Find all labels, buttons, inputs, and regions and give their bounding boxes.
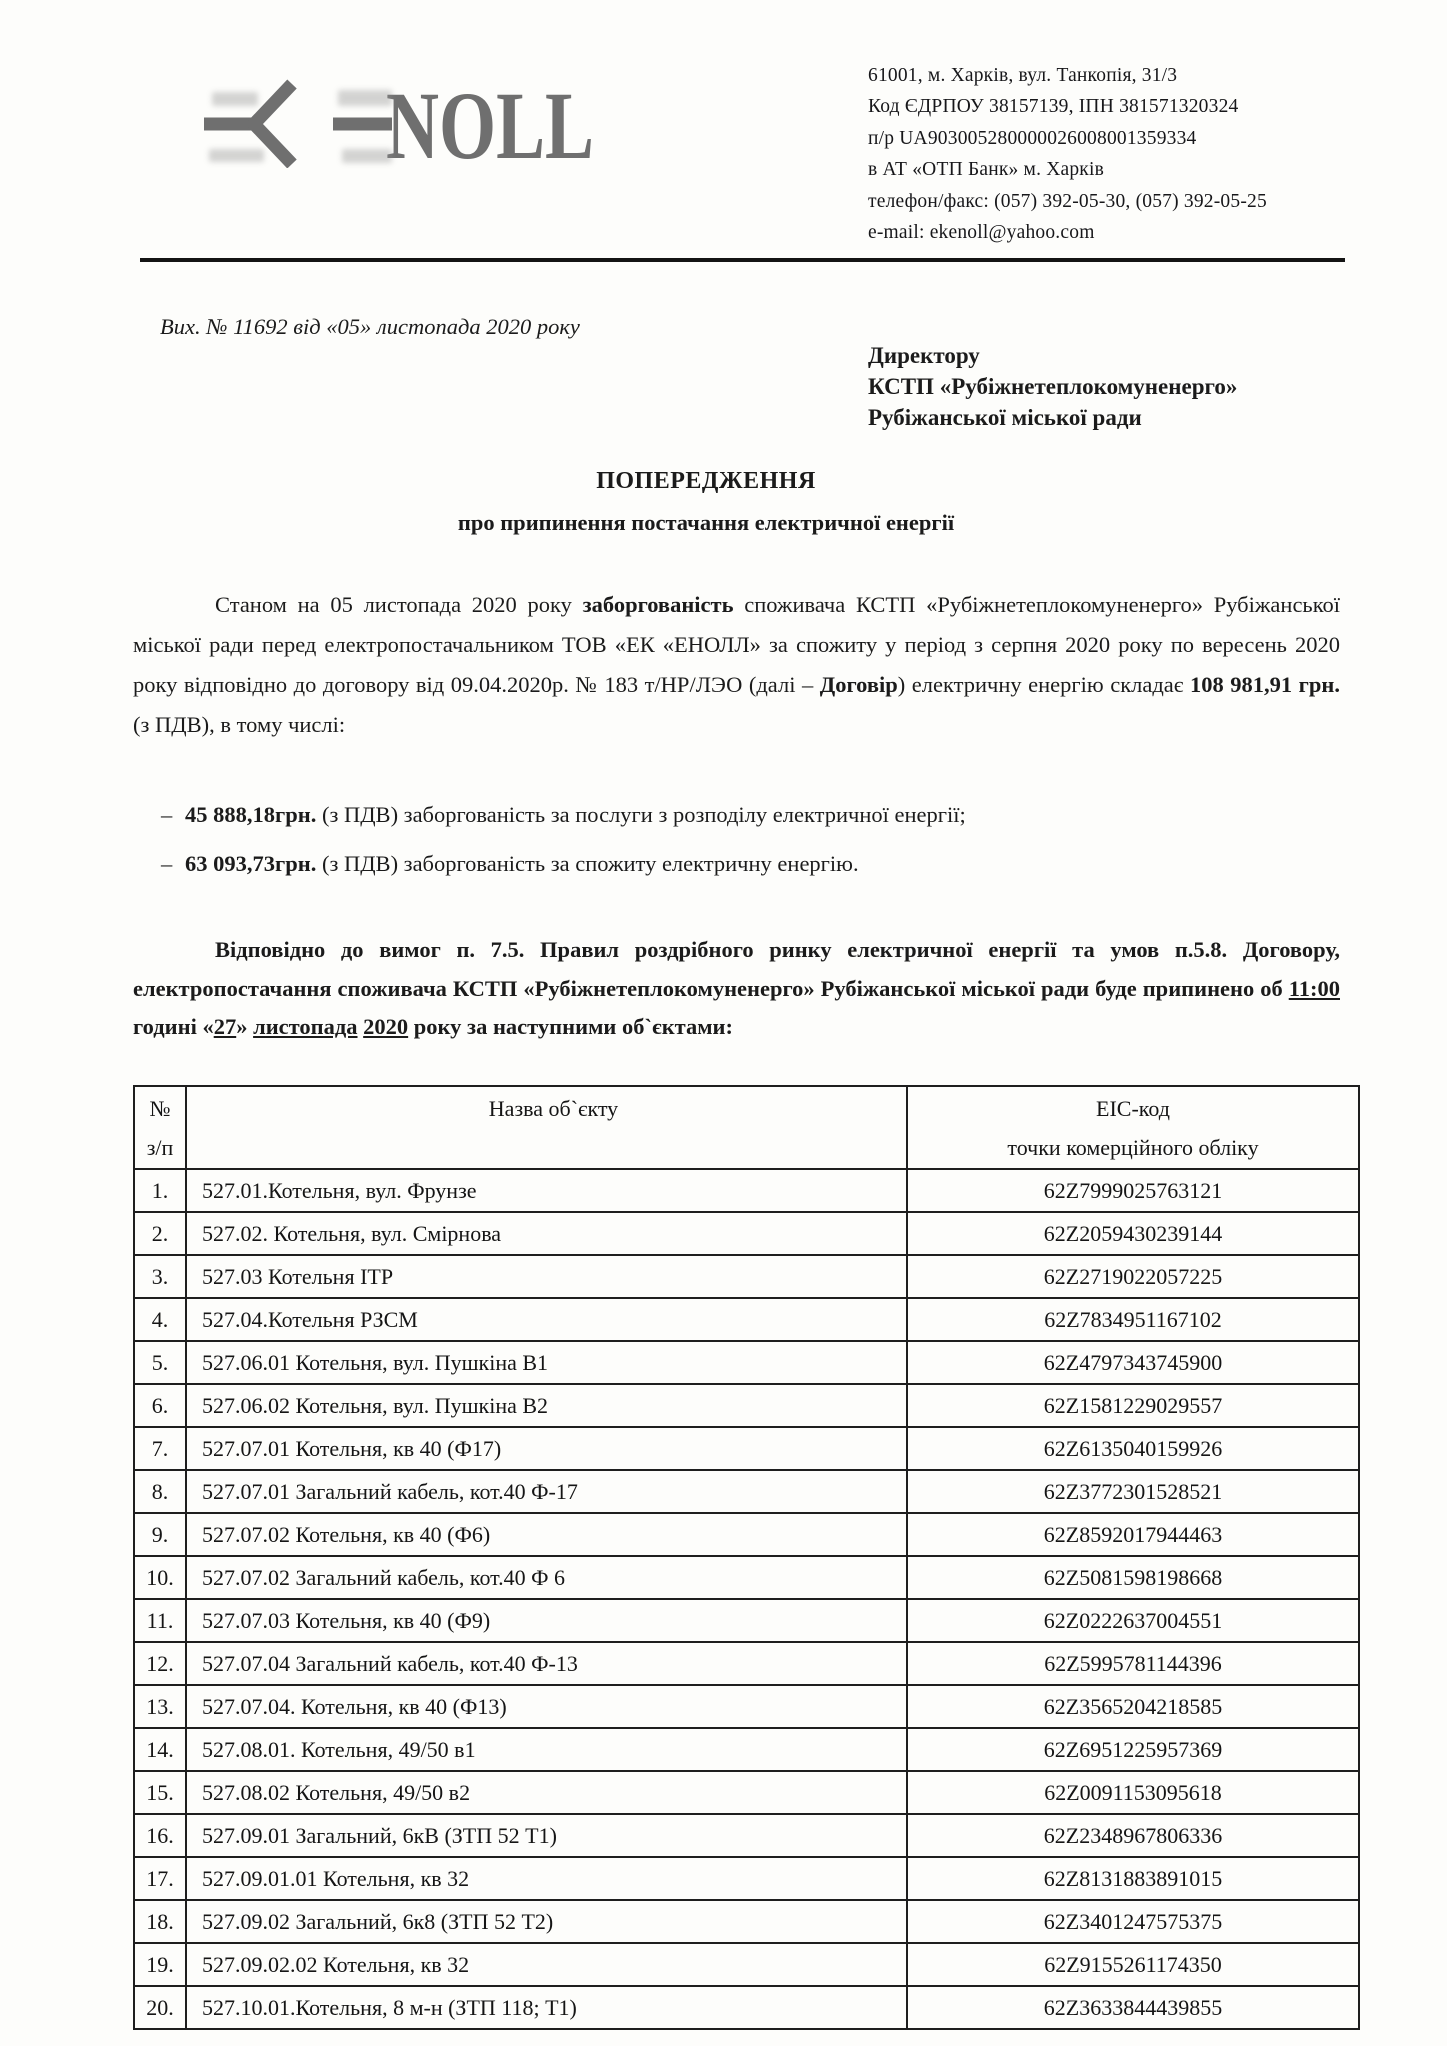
text-run: ) електричну енергію складає: [898, 672, 1190, 697]
eic-code-cell: 62Z8592017944463: [907, 1513, 1359, 1556]
logo-smudge: [342, 149, 392, 163]
row-number-cell: 10.: [134, 1556, 186, 1599]
text-run: »: [236, 1014, 253, 1039]
eic-code-cell: 62Z3565204218585: [907, 1685, 1359, 1728]
logo-smudge: [212, 92, 258, 106]
row-number-cell: 14.: [134, 1728, 186, 1771]
table-row: 3.527.03 Котельня ІТР62Z2719022057225: [134, 1255, 1359, 1298]
text-run: листопада: [253, 1014, 357, 1039]
text-run: 108 981,91 грн.: [1190, 672, 1340, 697]
row-number-cell: 20.: [134, 1986, 186, 2029]
text-run: годині «: [133, 1014, 214, 1039]
text-run: Відповідно до вимог п. 7.5. Правил роздр…: [133, 937, 1340, 1001]
table-row: 17.527.09.01.01 Котельня, кв 3262Z813188…: [134, 1857, 1359, 1900]
row-number-cell: 17.: [134, 1857, 186, 1900]
eic-code-cell: 62Z2059430239144: [907, 1212, 1359, 1255]
object-name-cell: 527.09.01 Загальний, 6кВ (ЗТП 52 Т1): [186, 1814, 907, 1857]
object-name-cell: 527.08.01. Котельня, 49/50 в1: [186, 1728, 907, 1771]
table-row: 19.527.09.02.02 Котельня, кв 3262Z915526…: [134, 1943, 1359, 1986]
contact-line: телефон/факс: (057) 392-05-30, (057) 392…: [868, 186, 1338, 217]
contact-line: п/р UA903005280000026008001359334: [868, 123, 1338, 154]
object-name-cell: 527.02. Котельня, вул. Смірнова: [186, 1212, 907, 1255]
text-run: 27: [214, 1014, 237, 1039]
recipient-line: Директору: [868, 340, 1338, 371]
document-heading: ПОПЕРЕДЖЕННЯ про припинення постачання е…: [133, 468, 1279, 536]
list-item: – 63 093,73грн. (з ПДВ) заборгованість з…: [133, 846, 1340, 882]
table-header-row: № з/п Назва об`єкту ЕІС-код точки комерц…: [134, 1086, 1359, 1169]
row-number-cell: 2.: [134, 1212, 186, 1255]
object-name-cell: 527.01.Котельня, вул. Фрунзе: [186, 1169, 907, 1212]
object-name-cell: 527.07.04. Котельня, кв 40 (Ф13): [186, 1685, 907, 1728]
eic-code-cell: 62Z2719022057225: [907, 1255, 1359, 1298]
object-name-cell: 527.09.02 Загальний, 6к8 (ЗТП 52 Т2): [186, 1900, 907, 1943]
company-contact-block: 61001, м. Харків, вул. Танкопія, 31/3Код…: [868, 60, 1338, 248]
object-name-cell: 527.07.04 Загальний кабель, кот.40 Ф-13: [186, 1642, 907, 1685]
col-name-header: Назва об`єкту: [186, 1086, 907, 1169]
logo-smudge: [209, 149, 264, 162]
col-eic-header-line1: ЕІС-код: [909, 1089, 1357, 1128]
table-row: 4.527.04.Котельня РЗСМ62Z7834951167102: [134, 1298, 1359, 1341]
list-item-text: 63 093,73грн. (з ПДВ) заборгованість за …: [185, 851, 859, 876]
eic-code-cell: 62Z1581229029557: [907, 1384, 1359, 1427]
text-run: Договір: [820, 672, 898, 697]
text-run: (з ПДВ), в тому числі:: [133, 712, 345, 737]
header-divider: [140, 258, 1345, 262]
object-name-cell: 527.07.03 Котельня, кв 40 (Ф9): [186, 1599, 907, 1642]
contact-line: 61001, м. Харків, вул. Танкопія, 31/3: [868, 60, 1338, 91]
document-page: NOLL 61001, м. Харків, вул. Танкопія, 31…: [0, 0, 1447, 2046]
table-row: 10.527.07.02 Загальний кабель, кот.40 Ф …: [134, 1556, 1359, 1599]
table-row: 8.527.07.01 Загальний кабель, кот.40 Ф-1…: [134, 1470, 1359, 1513]
col-name-header-text: Назва об`єкту: [202, 1089, 905, 1128]
text-run: (з ПДВ) заборгованість за послуги з розп…: [316, 802, 965, 827]
row-number-cell: 19.: [134, 1943, 186, 1986]
eic-code-cell: 62Z6951225957369: [907, 1728, 1359, 1771]
dash-marker: –: [161, 797, 172, 833]
object-name-cell: 527.07.02 Загальний кабель, кот.40 Ф 6: [186, 1556, 907, 1599]
eic-code-cell: 62Z0091153095618: [907, 1771, 1359, 1814]
eic-code-cell: 62Z2348967806336: [907, 1814, 1359, 1857]
text-run: заборгованість: [583, 592, 734, 617]
table-row: 15.527.08.02 Котельня, 49/50 в262Z009115…: [134, 1771, 1359, 1814]
list-item: – 45 888,18грн. (з ПДВ) заборгованість з…: [133, 797, 1340, 833]
table-row: 18.527.09.02 Загальний, 6к8 (ЗТП 52 Т2)6…: [134, 1900, 1359, 1943]
table-row: 1.527.01.Котельня, вул. Фрунзе62Z7999025…: [134, 1169, 1359, 1212]
dash-marker: –: [161, 846, 172, 882]
table-row: 5.527.06.01 Котельня, вул. Пушкіна В162Z…: [134, 1341, 1359, 1384]
object-name-cell: 527.03 Котельня ІТР: [186, 1255, 907, 1298]
table-row: 6.527.06.02 Котельня, вул. Пушкіна В262Z…: [134, 1384, 1359, 1427]
row-number-cell: 6.: [134, 1384, 186, 1427]
table-row: 14.527.08.01. Котельня, 49/50 в162Z69512…: [134, 1728, 1359, 1771]
row-number-cell: 12.: [134, 1642, 186, 1685]
list-item-text: 45 888,18грн. (з ПДВ) заборгованість за …: [185, 802, 966, 827]
objects-table: № з/п Назва об`єкту ЕІС-код точки комерц…: [133, 1085, 1360, 2030]
eic-code-cell: 62Z0222637004551: [907, 1599, 1359, 1642]
logo-smudge: [338, 90, 392, 106]
text-run: 2020: [363, 1014, 408, 1039]
row-number-cell: 9.: [134, 1513, 186, 1556]
text-run: (з ПДВ) заборгованість за спожиту електр…: [316, 851, 858, 876]
contact-line: e-mail: ekenoll@yahoo.com: [868, 217, 1338, 248]
document-subtitle: про припинення постачання електричної ен…: [133, 510, 1279, 536]
table-row: 16.527.09.01 Загальний, 6кВ (ЗТП 52 Т1)6…: [134, 1814, 1359, 1857]
eic-code-cell: 62Z3633844439855: [907, 1986, 1359, 2029]
recipient-line: КСТП «Рубіжнетеплокомуненерго»: [868, 371, 1338, 402]
text-run: 45 888,18грн.: [185, 802, 316, 827]
eic-code-cell: 62Z5081598198668: [907, 1556, 1359, 1599]
object-name-cell: 527.09.01.01 Котельня, кв 32: [186, 1857, 907, 1900]
object-name-cell: 527.06.01 Котельня, вул. Пушкіна В1: [186, 1341, 907, 1384]
objects-table-body: 1.527.01.Котельня, вул. Фрунзе62Z7999025…: [134, 1169, 1359, 2029]
row-number-cell: 13.: [134, 1685, 186, 1728]
row-number-cell: 7.: [134, 1427, 186, 1470]
eic-code-cell: 62Z5995781144396: [907, 1642, 1359, 1685]
table-row: 13.527.07.04. Котельня, кв 40 (Ф13)62Z35…: [134, 1685, 1359, 1728]
row-number-cell: 1.: [134, 1169, 186, 1212]
row-number-cell: 18.: [134, 1900, 186, 1943]
object-name-cell: 527.07.01 Загальний кабель, кот.40 Ф-17: [186, 1470, 907, 1513]
row-number-cell: 16.: [134, 1814, 186, 1857]
recipient-line: Рубіжанської міської ради: [868, 402, 1338, 433]
text-run: 63 093,73грн.: [185, 851, 316, 876]
text-run: 11:00: [1289, 976, 1340, 1001]
table-row: 9.527.07.02 Котельня, кв 40 (Ф6)62Z85920…: [134, 1513, 1359, 1556]
eic-code-cell: 62Z7834951167102: [907, 1298, 1359, 1341]
eic-code-cell: 62Z4797343745900: [907, 1341, 1359, 1384]
table-row: 2.527.02. Котельня, вул. Смірнова62Z2059…: [134, 1212, 1359, 1255]
paragraph-termination: Відповідно до вимог п. 7.5. Правил роздр…: [133, 931, 1340, 1047]
object-name-cell: 527.04.Котельня РЗСМ: [186, 1298, 907, 1341]
reference-number: Вих. № 11692 від «05» листопада 2020 рок…: [160, 314, 580, 340]
row-number-cell: 5.: [134, 1341, 186, 1384]
contact-line: в АТ «ОТП Банк» м. Харків: [868, 154, 1338, 185]
eic-code-cell: 62Z7999025763121: [907, 1169, 1359, 1212]
object-name-cell: 527.10.01.Котельня, 8 м-н (ЗТП 118; Т1): [186, 1986, 907, 2029]
eic-code-cell: 62Z8131883891015: [907, 1857, 1359, 1900]
col-number-header: № з/п: [134, 1086, 186, 1169]
object-name-cell: 527.08.02 Котельня, 49/50 в2: [186, 1771, 907, 1814]
eic-code-cell: 62Z3772301528521: [907, 1470, 1359, 1513]
row-number-cell: 3.: [134, 1255, 186, 1298]
contact-line: Код ЄДРПОУ 38157139, ІПН 381571320324: [868, 91, 1338, 122]
table-row: 20.527.10.01.Котельня, 8 м-н (ЗТП 118; Т…: [134, 1986, 1359, 2029]
eic-code-cell: 62Z9155261174350: [907, 1943, 1359, 1986]
col-number-header-line2: з/п: [136, 1128, 184, 1167]
eic-code-cell: 62Z3401247575375: [907, 1900, 1359, 1943]
object-name-cell: 527.06.02 Котельня, вул. Пушкіна В2: [186, 1384, 907, 1427]
col-number-header-line1: №: [136, 1089, 184, 1128]
table-row: 11.527.07.03 Котельня, кв 40 (Ф9)62Z0222…: [134, 1599, 1359, 1642]
document-title: ПОПЕРЕДЖЕННЯ: [133, 468, 1279, 495]
row-number-cell: 11.: [134, 1599, 186, 1642]
paragraph-debt: Станом на 05 листопада 2020 року заборго…: [133, 585, 1340, 745]
col-eic-header: ЕІС-код точки комерційного обліку: [907, 1086, 1359, 1169]
recipient-block: ДиректоруКСТП «Рубіжнетеплокомуненерго»Р…: [868, 340, 1338, 433]
table-row: 12.527.07.04 Загальний кабель, кот.40 Ф-…: [134, 1642, 1359, 1685]
object-name-cell: 527.07.01 Котельня, кв 40 (Ф17): [186, 1427, 907, 1470]
debt-breakdown-list: – 45 888,18грн. (з ПДВ) заборгованість з…: [133, 797, 1340, 882]
row-number-cell: 8.: [134, 1470, 186, 1513]
row-number-cell: 4.: [134, 1298, 186, 1341]
row-number-cell: 15.: [134, 1771, 186, 1814]
logo-text: NOLL: [386, 78, 594, 168]
col-eic-header-line2: точки комерційного обліку: [909, 1128, 1357, 1167]
text-run: Станом на 05 листопада 2020 року: [215, 592, 583, 617]
table-row: 7.527.07.01 Котельня, кв 40 (Ф17)62Z6135…: [134, 1427, 1359, 1470]
object-name-cell: 527.09.02.02 Котельня, кв 32: [186, 1943, 907, 1986]
text-run: року за наступними об`єктами:: [408, 1014, 733, 1039]
eic-code-cell: 62Z6135040159926: [907, 1427, 1359, 1470]
object-name-cell: 527.07.02 Котельня, кв 40 (Ф6): [186, 1513, 907, 1556]
